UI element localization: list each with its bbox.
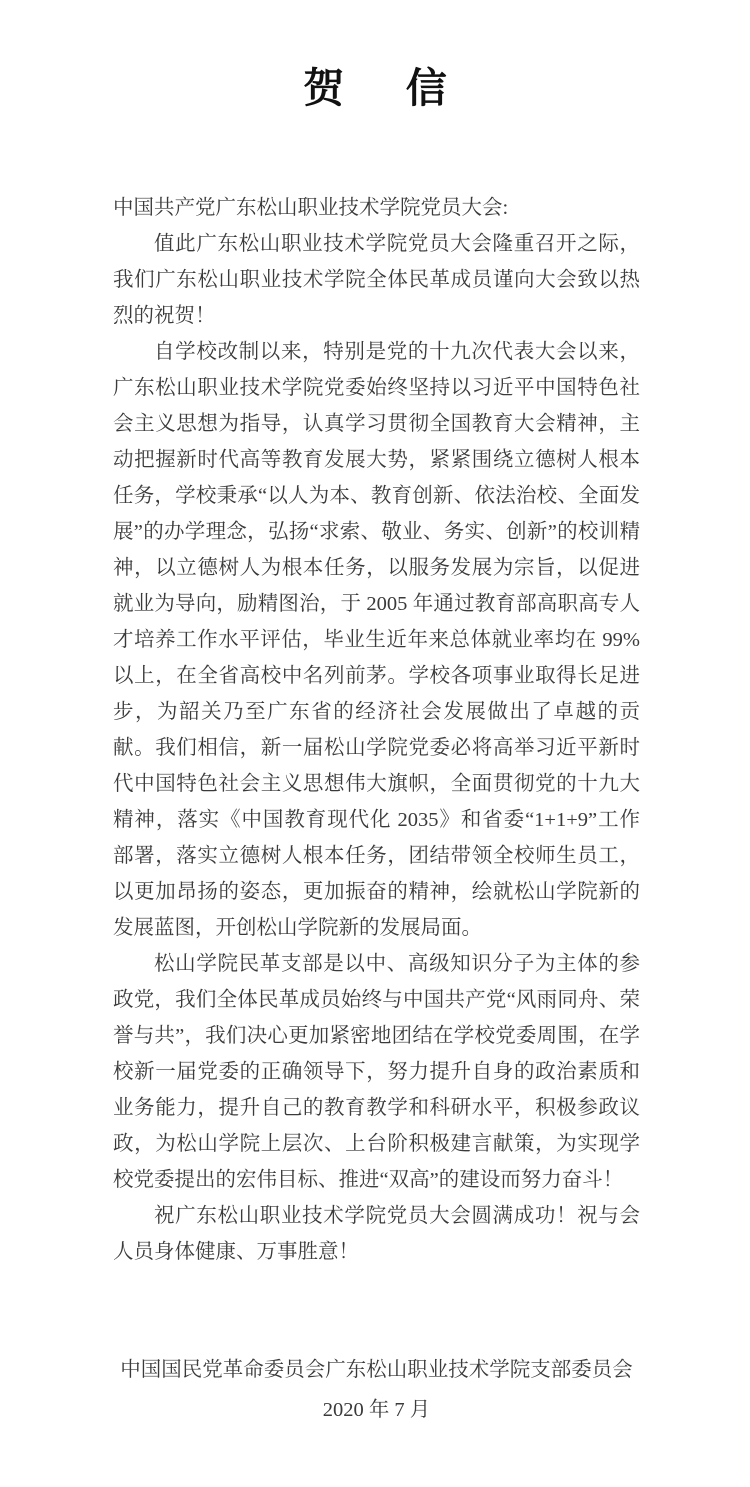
date-line: 2020 年 7 月 <box>113 1392 640 1428</box>
letter-body: 中国共产党广东松山职业技术学院党员大会: 值此广东松山职业技术学院党员大会隆重召… <box>113 190 640 1428</box>
paragraph-school-achievements: 自学校改制以来，特别是党的十九次代表大会以来，广东松山职业技术学院党委始终坚持以… <box>113 334 640 946</box>
paragraph-greeting: 值此广东松山职业技术学院党员大会隆重召开之际，我们广东松山职业技术学院全体民革成… <box>113 226 640 334</box>
letter-title: 贺 信 <box>0 0 750 114</box>
signature-line: 中国国民党革命委员会广东松山职业技术学院支部委员会 <box>113 1352 640 1388</box>
paragraph-branch-commitment: 松山学院民革支部是以中、高级知识分子为主体的参政党，我们全体民革成员始终与中国共… <box>113 946 640 1198</box>
salutation: 中国共产党广东松山职业技术学院党员大会: <box>113 190 640 226</box>
letter-page: 贺 信 中国共产党广东松山职业技术学院党员大会: 值此广东松山职业技术学院党员大… <box>0 0 750 1487</box>
paragraph-wishes: 祝广东松山职业技术学院党员大会圆满成功！祝与会人员身体健康、万事胜意！ <box>113 1198 640 1270</box>
